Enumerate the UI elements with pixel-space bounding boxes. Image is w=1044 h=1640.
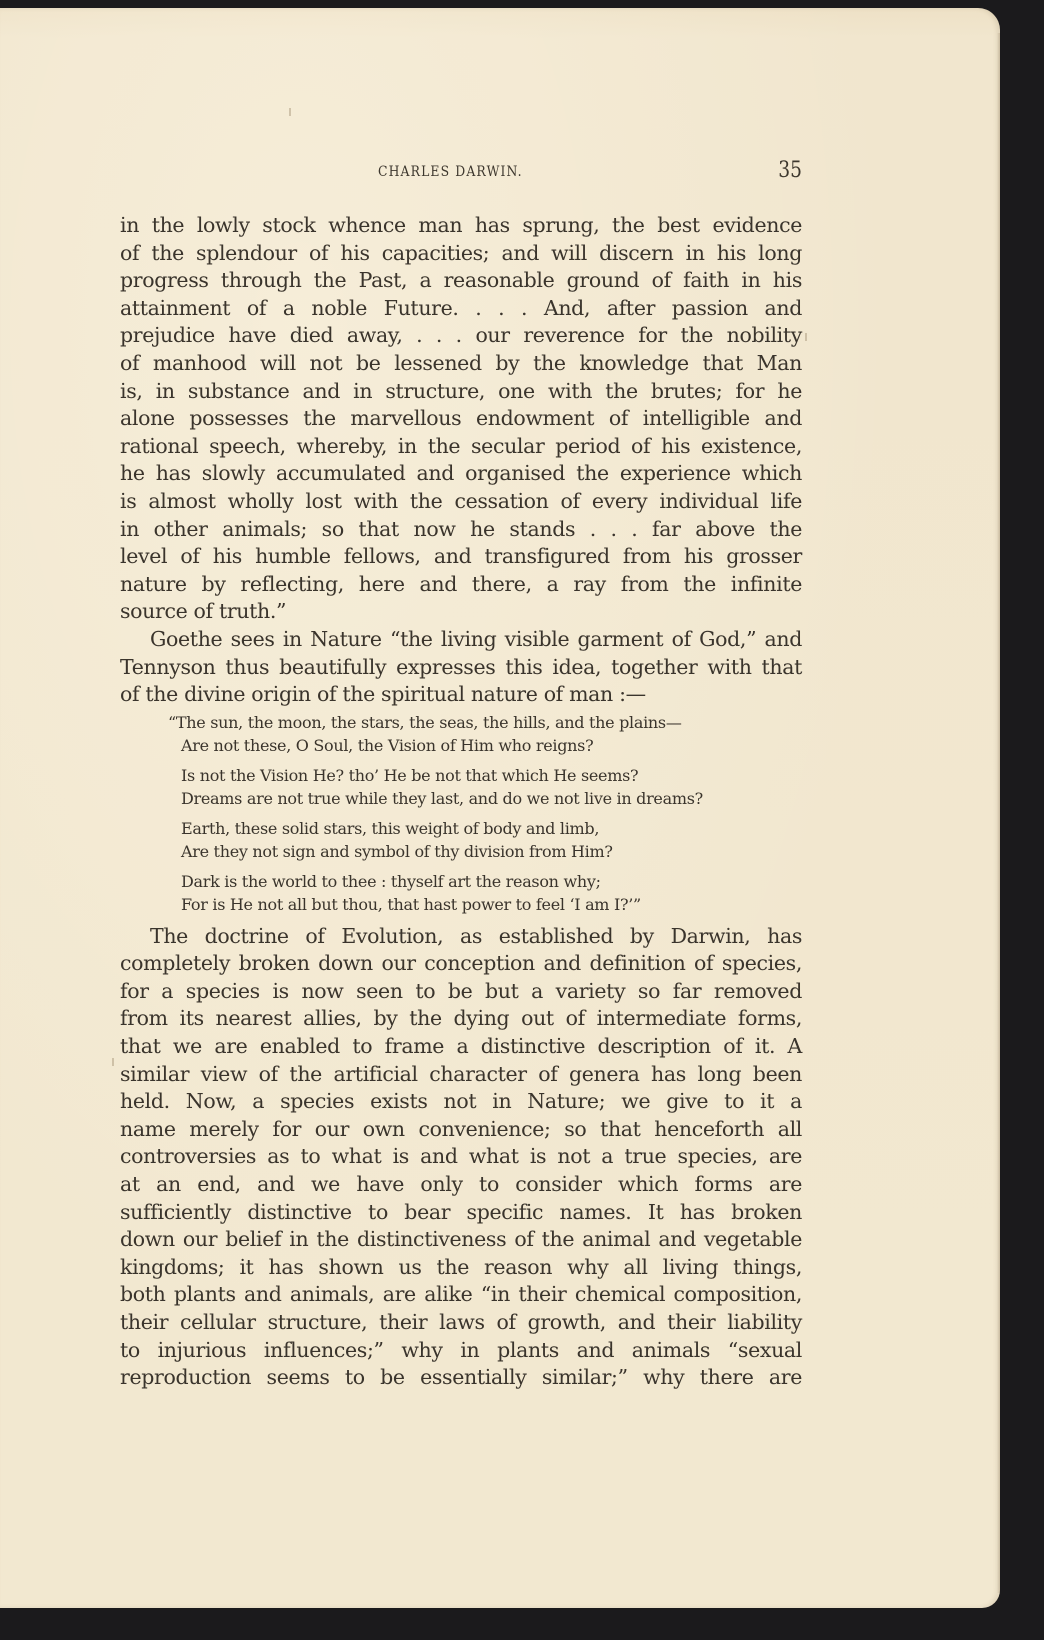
text-line: controversies as to what is and what is … — [120, 1143, 802, 1171]
text-line: their cellular structure, their laws of … — [120, 1309, 802, 1337]
poem-stanza: “The sun, the moon, the stars, the seas,… — [181, 711, 802, 758]
poem-line: Dreams are not true while they last, and… — [181, 787, 802, 811]
poem-line: Are not these, O Soul, the Vision of Him… — [181, 734, 802, 758]
running-head-title: CHARLES DARWIN. — [378, 164, 523, 180]
poem-stanza: Earth, these solid stars, this weight of… — [181, 817, 802, 864]
text-line: of the splendour of his capacities; and … — [120, 240, 802, 268]
poem-line: Earth, these solid stars, this weight of… — [181, 817, 802, 841]
poem-line: Are they not sign and symbol of thy divi… — [181, 840, 802, 864]
text-line: completely broken down our conception an… — [120, 950, 802, 978]
text-line: attainment of a noble Future. . . . And,… — [120, 295, 802, 323]
text-line: Tennyson thus beautifully expresses this… — [120, 654, 802, 682]
text-line: of the divine origin of the spiritual na… — [120, 681, 802, 709]
paper-blemish — [289, 108, 291, 116]
text-line: sufficiently distinctive to bear specifi… — [120, 1199, 802, 1227]
text-line: both plants and animals, are alike “in t… — [120, 1281, 802, 1309]
paragraph-1: in the lowly stock whence man has sprung… — [120, 212, 802, 626]
text-line: progress through the Past, a reasonable … — [120, 267, 802, 295]
text-line: is, in substance and in structure, one w… — [120, 378, 802, 406]
text-line: in other animals; so that now he stands … — [120, 516, 802, 544]
body-text: in the lowly stock whence man has sprung… — [120, 212, 802, 1392]
text-line: to injurious influences;” why in plants … — [120, 1337, 802, 1365]
text-line: held. Now, a species exists not in Natur… — [120, 1088, 802, 1116]
text-line: at an end, and we have only to consider … — [120, 1171, 802, 1199]
text-line: of manhood will not be lessened by the k… — [120, 350, 802, 378]
page-number: 35 — [778, 158, 802, 183]
running-head: CHARLES DARWIN. 35 — [120, 158, 802, 188]
poem-line: Dark is the world to thee : thyself art … — [181, 870, 802, 894]
paper-blemish — [112, 1058, 114, 1066]
text-line: source of truth.” — [120, 598, 802, 626]
text-line: kingdoms; it has shown us the reason why… — [120, 1254, 802, 1282]
text-line: in the lowly stock whence man has sprung… — [120, 212, 802, 240]
text-line: level of his humble fellows, and transfi… — [120, 543, 802, 571]
paragraph-2: Goethe sees in Nature “the living visibl… — [120, 626, 802, 709]
text-line: for a species is now seen to be but a va… — [120, 978, 802, 1006]
text-line: similar view of the artificial character… — [120, 1061, 802, 1089]
text-line: The doctrine of Evolution, as establishe… — [120, 923, 802, 951]
text-line: he has slowly accumulated and organised … — [120, 460, 802, 488]
text-line: that we are enabled to frame a distincti… — [120, 1033, 802, 1061]
text-line: is almost wholly lost with the cessation… — [120, 488, 802, 516]
text-line: name merely for our own convenience; so … — [120, 1116, 802, 1144]
text-line: rational speech, whereby, in the secular… — [120, 433, 802, 461]
text-line: prejudice have died away, . . . our reve… — [120, 322, 802, 350]
text-line: nature by reflecting, here and there, a … — [120, 571, 802, 599]
text-line: reproduction seems to be essentially sim… — [120, 1364, 802, 1392]
text-line: alone possesses the marvellous endowment… — [120, 405, 802, 433]
page-edge — [997, 33, 1000, 1593]
text-line: down our belief in the distinctiveness o… — [120, 1226, 802, 1254]
text-line: from its nearest allies, by the dying ou… — [120, 1005, 802, 1033]
paragraph-3: The doctrine of Evolution, as establishe… — [120, 923, 802, 1392]
text-line: Goethe sees in Nature “the living visibl… — [120, 626, 802, 654]
poem-stanza: Is not the Vision He? tho’ He be not tha… — [181, 764, 802, 811]
book-page: CHARLES DARWIN. 35 in the lowly stock wh… — [0, 8, 1000, 1608]
poem-line: For is He not all but thou, that hast po… — [181, 893, 802, 917]
poem-line: Is not the Vision He? tho’ He be not tha… — [181, 764, 802, 788]
poem-stanza: Dark is the world to thee : thyself art … — [181, 870, 802, 917]
poem-line: “The sun, the moon, the stars, the seas,… — [181, 711, 802, 735]
poem-quotation: “The sun, the moon, the stars, the seas,… — [120, 711, 802, 917]
paper-blemish — [805, 333, 807, 341]
